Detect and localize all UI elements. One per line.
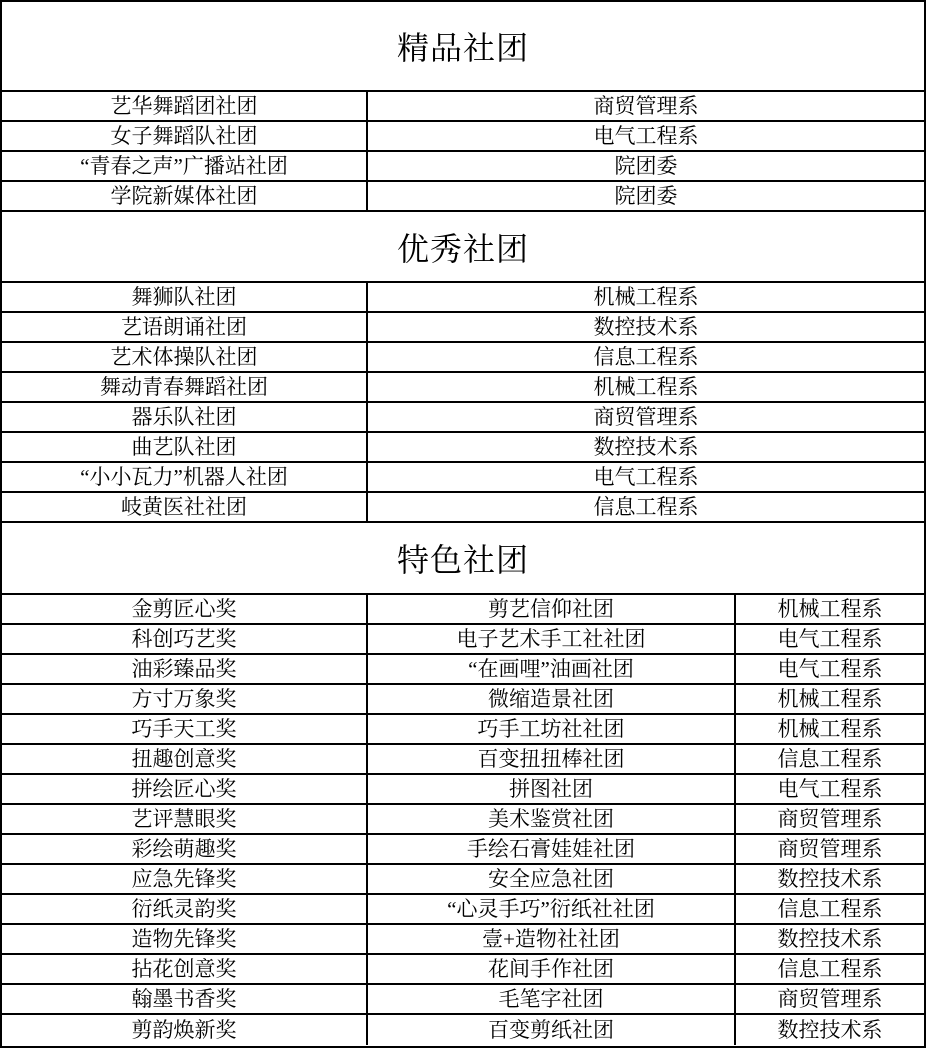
section-header: 精品社团	[2, 2, 924, 92]
section-header: 优秀社团	[2, 212, 924, 283]
cell-club-name: 器乐队社团	[2, 403, 368, 431]
table-row: 翰墨书香奖毛笔字社团商贸管理系	[2, 985, 924, 1015]
table-row: 舞狮队社团机械工程系	[2, 283, 924, 313]
cell-award-name: 方寸万象奖	[2, 685, 368, 713]
cell-department: 机械工程系	[368, 283, 924, 311]
table-row: 艺语朗诵社团数控技术系	[2, 313, 924, 343]
cell-award-name: 拈花创意奖	[2, 955, 368, 983]
cell-department: 电气工程系	[736, 655, 924, 683]
cell-department: 商贸管理系	[736, 985, 924, 1013]
table-row: 彩绘萌趣奖手绘石膏娃娃社团商贸管理系	[2, 835, 924, 865]
table-row: 舞动青春舞蹈社团机械工程系	[2, 373, 924, 403]
cell-club-name: 壹+造物社社团	[368, 925, 736, 953]
cell-department: 电气工程系	[368, 463, 924, 491]
table-row: 艺术体操队社团信息工程系	[2, 343, 924, 373]
cell-department: 信息工程系	[736, 745, 924, 773]
cell-department: 电气工程系	[368, 122, 924, 150]
cell-award-name: 剪韵焕新奖	[2, 1015, 368, 1045]
cell-department: 电气工程系	[736, 775, 924, 803]
cell-club-name: 花间手作社团	[368, 955, 736, 983]
cell-department: 商贸管理系	[736, 835, 924, 863]
cell-club-name: 拼图社团	[368, 775, 736, 803]
cell-department: 信息工程系	[736, 955, 924, 983]
table-row: 岐黄医社社团信息工程系	[2, 493, 924, 523]
table-row: 拈花创意奖花间手作社团信息工程系	[2, 955, 924, 985]
table-row: 艺华舞蹈团社团商贸管理系	[2, 92, 924, 122]
table-row: 器乐队社团商贸管理系	[2, 403, 924, 433]
cell-award-name: 造物先锋奖	[2, 925, 368, 953]
cell-club-name: “心灵手巧”衍纸社社团	[368, 895, 736, 923]
cell-award-name: 艺评慧眼奖	[2, 805, 368, 833]
table-row: 衍纸灵韵奖“心灵手巧”衍纸社社团信息工程系	[2, 895, 924, 925]
cell-club-name: 剪艺信仰社团	[368, 595, 736, 623]
cell-department: 数控技术系	[368, 433, 924, 461]
table-row: 学院新媒体社团院团委	[2, 182, 924, 212]
table-row: 巧手天工奖巧手工坊社社团机械工程系	[2, 715, 924, 745]
cell-department: 数控技术系	[736, 925, 924, 953]
cell-club-name: 微缩造景社团	[368, 685, 736, 713]
cell-department: 商贸管理系	[368, 92, 924, 120]
cell-department: 机械工程系	[736, 715, 924, 743]
clubs-table: 精品社团艺华舞蹈团社团商贸管理系女子舞蹈队社团电气工程系“青春之声”广播站社团院…	[0, 0, 926, 1048]
table-row: 女子舞蹈队社团电气工程系	[2, 122, 924, 152]
cell-club-name: 百变扭扭棒社团	[368, 745, 736, 773]
cell-department: 信息工程系	[368, 493, 924, 521]
cell-department: 数控技术系	[736, 865, 924, 893]
cell-club-name: 艺术体操队社团	[2, 343, 368, 371]
cell-club-name: “在画哩”油画社团	[368, 655, 736, 683]
section-header: 特色社团	[2, 523, 924, 595]
cell-award-name: 扭趣创意奖	[2, 745, 368, 773]
cell-award-name: 衍纸灵韵奖	[2, 895, 368, 923]
cell-club-name: “青春之声”广播站社团	[2, 152, 368, 180]
cell-department: 信息工程系	[368, 343, 924, 371]
table-row: 剪韵焕新奖百变剪纸社团数控技术系	[2, 1015, 924, 1045]
cell-department: 院团委	[368, 152, 924, 180]
cell-department: 数控技术系	[368, 313, 924, 341]
cell-department: 院团委	[368, 182, 924, 210]
cell-club-name: 舞狮队社团	[2, 283, 368, 311]
cell-award-name: 科创巧艺奖	[2, 625, 368, 653]
cell-club-name: 百变剪纸社团	[368, 1015, 736, 1045]
cell-club-name: 艺语朗诵社团	[2, 313, 368, 341]
cell-club-name: 曲艺队社团	[2, 433, 368, 461]
cell-club-name: 巧手工坊社社团	[368, 715, 736, 743]
cell-department: 机械工程系	[736, 595, 924, 623]
cell-club-name: 美术鉴赏社团	[368, 805, 736, 833]
cell-award-name: 巧手天工奖	[2, 715, 368, 743]
table-row: 拼绘匠心奖拼图社团电气工程系	[2, 775, 924, 805]
cell-club-name: 安全应急社团	[368, 865, 736, 893]
table-row: 艺评慧眼奖美术鉴赏社团商贸管理系	[2, 805, 924, 835]
cell-department: 信息工程系	[736, 895, 924, 923]
cell-award-name: 拼绘匠心奖	[2, 775, 368, 803]
table-row: 应急先锋奖安全应急社团数控技术系	[2, 865, 924, 895]
page: 精品社团艺华舞蹈团社团商贸管理系女子舞蹈队社团电气工程系“青春之声”广播站社团院…	[0, 0, 926, 1048]
table-row: “小小瓦力”机器人社团电气工程系	[2, 463, 924, 493]
table-row: 方寸万象奖微缩造景社团机械工程系	[2, 685, 924, 715]
table-row: 金剪匠心奖剪艺信仰社团机械工程系	[2, 595, 924, 625]
cell-award-name: 金剪匠心奖	[2, 595, 368, 623]
cell-club-name: “小小瓦力”机器人社团	[2, 463, 368, 491]
section-title: 优秀社团	[397, 224, 529, 270]
cell-club-name: 女子舞蹈队社团	[2, 122, 368, 150]
table-row: 扭趣创意奖百变扭扭棒社团信息工程系	[2, 745, 924, 775]
cell-department: 电气工程系	[736, 625, 924, 653]
cell-award-name: 应急先锋奖	[2, 865, 368, 893]
cell-club-name: 手绘石膏娃娃社团	[368, 835, 736, 863]
cell-department: 商贸管理系	[368, 403, 924, 431]
table-row: 科创巧艺奖电子艺术手工社社团电气工程系	[2, 625, 924, 655]
cell-department: 商贸管理系	[736, 805, 924, 833]
table-row: “青春之声”广播站社团院团委	[2, 152, 924, 182]
cell-club-name: 艺华舞蹈团社团	[2, 92, 368, 120]
cell-award-name: 翰墨书香奖	[2, 985, 368, 1013]
cell-club-name: 学院新媒体社团	[2, 182, 368, 210]
cell-club-name: 电子艺术手工社社团	[368, 625, 736, 653]
cell-award-name: 油彩臻品奖	[2, 655, 368, 683]
cell-club-name: 岐黄医社社团	[2, 493, 368, 521]
section-title: 特色社团	[397, 535, 529, 581]
table-row: 油彩臻品奖“在画哩”油画社团电气工程系	[2, 655, 924, 685]
cell-club-name: 舞动青春舞蹈社团	[2, 373, 368, 401]
table-row: 曲艺队社团数控技术系	[2, 433, 924, 463]
cell-club-name: 毛笔字社团	[368, 985, 736, 1013]
cell-award-name: 彩绘萌趣奖	[2, 835, 368, 863]
section-title: 精品社团	[397, 23, 529, 69]
cell-department: 机械工程系	[736, 685, 924, 713]
cell-department: 数控技术系	[736, 1015, 924, 1045]
table-row: 造物先锋奖壹+造物社社团数控技术系	[2, 925, 924, 955]
cell-department: 机械工程系	[368, 373, 924, 401]
